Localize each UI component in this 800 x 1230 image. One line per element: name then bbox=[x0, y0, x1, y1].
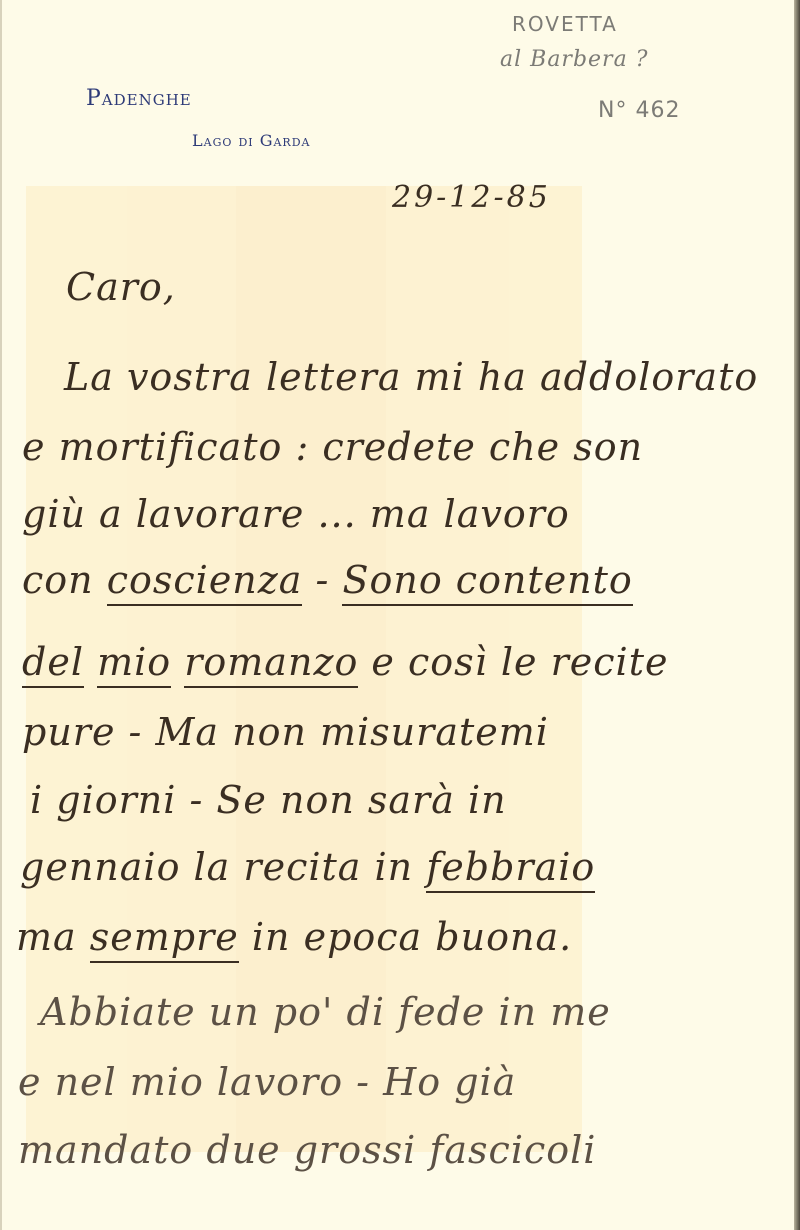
word bbox=[84, 640, 97, 684]
letter-line: ma sempre in epoca buona. bbox=[16, 915, 572, 959]
letterhead-subtitle: Lago di Garda bbox=[192, 131, 310, 150]
letter-date: 29-12-85 bbox=[392, 180, 551, 215]
letter-line: del mio romanzo e così le recite bbox=[22, 640, 668, 684]
letter-line: La vostra lettera mi ha addolorato bbox=[64, 355, 758, 399]
underlined-word: del bbox=[22, 640, 84, 688]
letter-line: gennaio la recita in febbraio bbox=[20, 845, 595, 889]
letter-line: e mortificato : credete che son bbox=[22, 425, 643, 469]
underlined-word: sempre bbox=[90, 915, 239, 963]
word bbox=[171, 640, 184, 684]
archival-note-author: ROVETTA bbox=[512, 12, 618, 36]
underlined-word: coscienza bbox=[107, 558, 303, 606]
word: in epoca buona. bbox=[239, 915, 572, 959]
letter-line: Abbiate un po' di fede in me bbox=[40, 990, 611, 1034]
word: con bbox=[22, 558, 107, 602]
word: ma bbox=[16, 915, 90, 959]
letter-salutation: Caro, bbox=[66, 265, 176, 309]
letter-line: i giorni - Se non sarà in bbox=[30, 778, 507, 822]
word: - bbox=[302, 558, 342, 602]
archival-note-number: N° 462 bbox=[598, 98, 680, 123]
letter-line: giù a lavorare ... ma lavoro bbox=[22, 492, 570, 536]
underlined-word: romanzo bbox=[184, 640, 358, 688]
word: e così le recite bbox=[358, 640, 668, 684]
letter-line: pure - Ma non misuratemi bbox=[22, 710, 549, 754]
letter-line: con coscienza - Sono contento bbox=[22, 558, 633, 602]
underlined-word: febbraio bbox=[426, 845, 595, 893]
letter-line: mandato due grossi fascicoli bbox=[18, 1128, 596, 1172]
page-edge-shadow bbox=[794, 0, 800, 1230]
word: gennaio la recita in bbox=[20, 845, 426, 889]
underlined-word: Sono contento bbox=[342, 558, 632, 606]
letter-line: e nel mio lavoro - Ho già bbox=[18, 1060, 516, 1104]
underlined-word: mio bbox=[97, 640, 171, 688]
letterhead-town: Padenghe bbox=[86, 86, 192, 111]
archival-note-recipient: al Barbera ? bbox=[500, 47, 648, 72]
